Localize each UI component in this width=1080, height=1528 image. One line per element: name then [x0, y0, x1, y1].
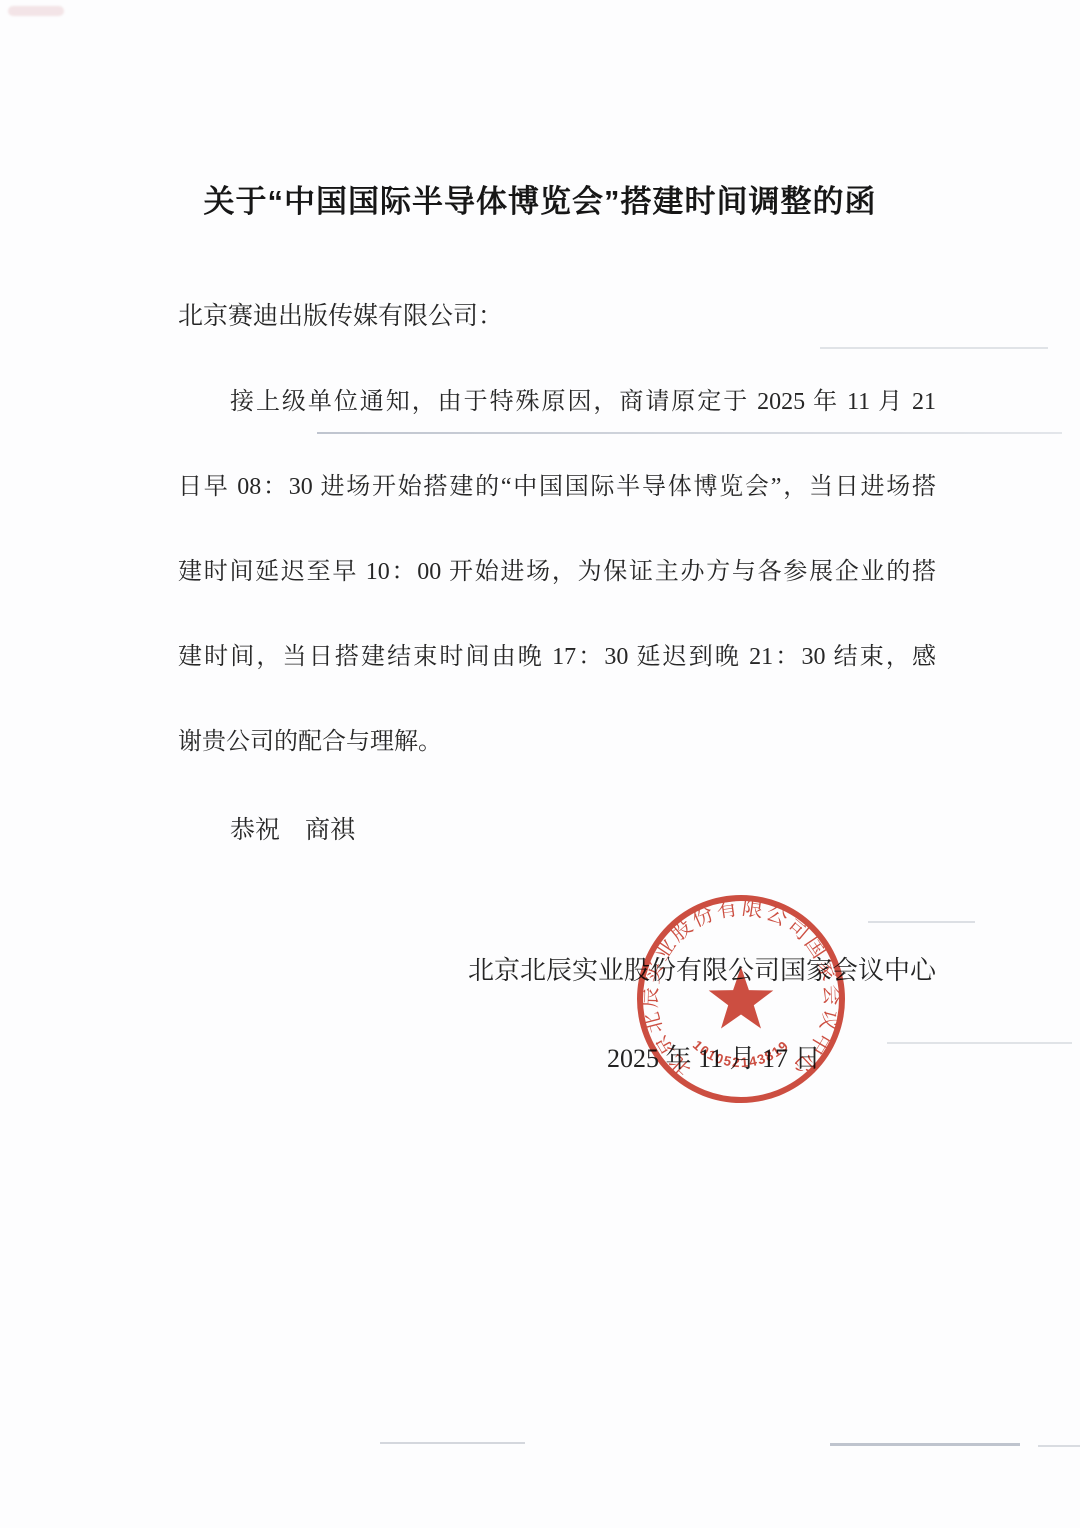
seal-registration-number: 101052143819: [690, 1037, 792, 1070]
body-line: 建时间延迟至早 10：00 开始进场，为保证主办方与各参展企业的搭: [178, 555, 936, 589]
body-line: 建时间，当日搭建结束时间由晚 17：30 延迟到晚 21：30 结束，感: [178, 640, 936, 674]
scan-artifact: [820, 347, 1048, 349]
addressee-line: 北京赛迪出版传媒有限公司：: [178, 296, 503, 332]
scan-artifact: [380, 1442, 525, 1444]
seal-star-icon: [709, 967, 774, 1029]
scan-artifact: [887, 1042, 1072, 1044]
scan-artifact: [317, 432, 1062, 434]
company-seal-stamp: 北京北辰实业股份有限公司国家会议中心 101052143819: [635, 893, 847, 1105]
scan-artifact: [1038, 1445, 1080, 1447]
seal-graphic: 北京北辰实业股份有限公司国家会议中心 101052143819: [635, 893, 847, 1105]
closing-salutation: 恭祝 商祺: [230, 810, 355, 846]
scan-artifact: [830, 1443, 1020, 1446]
scan-artifact: [8, 6, 64, 16]
body-line: 谢贵公司的配合与理解。: [178, 725, 936, 759]
letter-title: 关于“中国国际半导体博览会”搭建时间调整的函: [0, 176, 1080, 221]
letter-page: 关于“中国国际半导体博览会”搭建时间调整的函 北京赛迪出版传媒有限公司： 接上级…: [0, 0, 1080, 1528]
body-line: 接上级单位通知，由于特殊原因，商请原定于 2025 年 11 月 21: [178, 385, 936, 419]
body-line: 日早 08：30 进场开始搭建的“中国国际半导体博览会”，当日进场搭: [178, 470, 936, 504]
svg-text:101052143819: 101052143819: [690, 1037, 792, 1070]
scan-artifact: [868, 921, 975, 923]
